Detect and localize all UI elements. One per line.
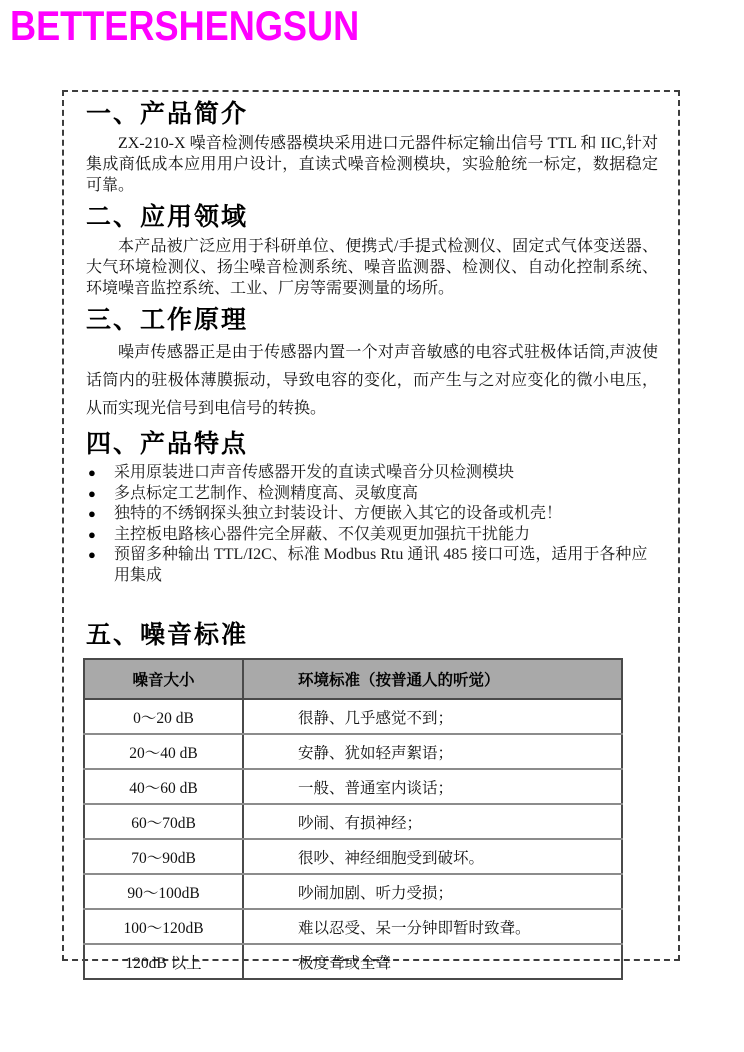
feature-list-item: ● 预留多种输出 TTL/I2C、标准 Modbus Rtu 通讯 485 接口… <box>88 545 658 586</box>
table-row: 90～100dB 吵闹加剧、听力受损； <box>84 874 622 909</box>
feature-list-item: ● 独特的不绣钢探头独立封装设计、方便嵌入其它的设备或机壳！ <box>88 504 658 525</box>
feature-list-item: ● 多点标定工艺制作、检测精度高、灵敏度高 <box>88 484 658 505</box>
noise-level-cell: 100～120dB <box>84 909 243 944</box>
working-principle-paragraph: 噪声传感器正是由于传感器内置一个对声音敏感的电容式驻极体话筒,声波使话筒内的驻极… <box>86 339 658 423</box>
environment-standard-cell: 很静、几乎感觉不到； <box>243 699 622 734</box>
noise-table-body: 0～20 dB 很静、几乎感觉不到； 20～40 dB 安静、犹如轻声絮语； 4… <box>84 699 622 979</box>
environment-standard-cell: 一般、普通室内谈话； <box>243 769 622 804</box>
table-row: 60～70dB 吵闹、有损神经； <box>84 804 622 839</box>
environment-standard-cell: 吵闹加剧、听力受损； <box>243 874 622 909</box>
brand-logo: BETTERSHENGSUN <box>10 2 359 50</box>
section-heading-product-features: 四、产品特点 <box>86 429 658 460</box>
environment-standard-cell: 很吵、神经细胞受到破坏。 <box>243 839 622 874</box>
environment-standard-cell: 吵闹、有损神经； <box>243 804 622 839</box>
table-row: 40～60 dB 一般、普通室内谈话； <box>84 769 622 804</box>
table-row: 70～90dB 很吵、神经细胞受到破坏。 <box>84 839 622 874</box>
noise-standard-table: 噪音大小 环境标准（按普通人的听觉） 0～20 dB 很静、几乎感觉不到； 20… <box>83 658 623 980</box>
feature-text: 独特的不绣钢探头独立封装设计、方便嵌入其它的设备或机壳！ <box>114 504 562 525</box>
feature-text: 预留多种输出 TTL/I2C、标准 Modbus Rtu 通讯 485 接口可选… <box>114 545 658 586</box>
feature-text: 主控板电路核心器件完全屏蔽、不仅美观更加强抗干扰能力 <box>114 525 530 546</box>
section-heading-product-intro: 一、产品简介 <box>86 99 658 130</box>
feature-list-item: ● 主控板电路核心器件完全屏蔽、不仅美观更加强抗干扰能力 <box>88 525 658 546</box>
section-heading-noise-standard: 五、噪音标准 <box>86 620 658 651</box>
noise-level-cell: 120dB 以上 <box>84 944 243 979</box>
bullet-icon: ● <box>88 484 114 505</box>
document-sheet: 一、产品简介 ZX-210-X 噪音检测传感器模块采用进口元器件标定输出信号 T… <box>62 90 680 961</box>
table-header-row: 噪音大小 环境标准（按普通人的听觉） <box>84 659 622 699</box>
noise-level-cell: 20～40 dB <box>84 734 243 769</box>
section-heading-application-fields: 二、应用领域 <box>86 202 658 233</box>
noise-level-cell: 60～70dB <box>84 804 243 839</box>
environment-standard-cell: 极度聋或全聋 <box>243 944 622 979</box>
column-header-noise-level: 噪音大小 <box>84 659 243 699</box>
bullet-icon: ● <box>88 525 114 546</box>
section-heading-working-principle: 三、工作原理 <box>86 305 658 336</box>
bullet-icon: ● <box>88 545 114 566</box>
product-intro-paragraph: ZX-210-X 噪音检测传感器模块采用进口元器件标定输出信号 TTL 和 II… <box>86 133 658 196</box>
bullet-icon: ● <box>88 504 114 525</box>
feature-text: 多点标定工艺制作、检测精度高、灵敏度高 <box>114 484 418 505</box>
noise-level-cell: 40～60 dB <box>84 769 243 804</box>
table-row: 100～120dB 难以忍受、呆一分钟即暂时致聋。 <box>84 909 622 944</box>
features-list: ● 采用原装进口声音传感器开发的直读式噪音分贝检测模块 ● 多点标定工艺制作、检… <box>86 463 658 586</box>
application-fields-paragraph: 本产品被广泛应用于科研单位、便携式/手提式检测仪、固定式气体变送器、大气环境检测… <box>86 236 658 299</box>
noise-level-cell: 90～100dB <box>84 874 243 909</box>
table-row: 120dB 以上 极度聋或全聋 <box>84 944 622 979</box>
noise-level-cell: 0～20 dB <box>84 699 243 734</box>
bullet-icon: ● <box>88 463 114 484</box>
table-row: 0～20 dB 很静、几乎感觉不到； <box>84 699 622 734</box>
column-header-environment-standard: 环境标准（按普通人的听觉） <box>243 659 622 699</box>
noise-level-cell: 70～90dB <box>84 839 243 874</box>
environment-standard-cell: 难以忍受、呆一分钟即暂时致聋。 <box>243 909 622 944</box>
feature-text: 采用原装进口声音传感器开发的直读式噪音分贝检测模块 <box>114 463 514 484</box>
environment-standard-cell: 安静、犹如轻声絮语； <box>243 734 622 769</box>
table-row: 20～40 dB 安静、犹如轻声絮语； <box>84 734 622 769</box>
feature-list-item: ● 采用原装进口声音传感器开发的直读式噪音分贝检测模块 <box>88 463 658 484</box>
